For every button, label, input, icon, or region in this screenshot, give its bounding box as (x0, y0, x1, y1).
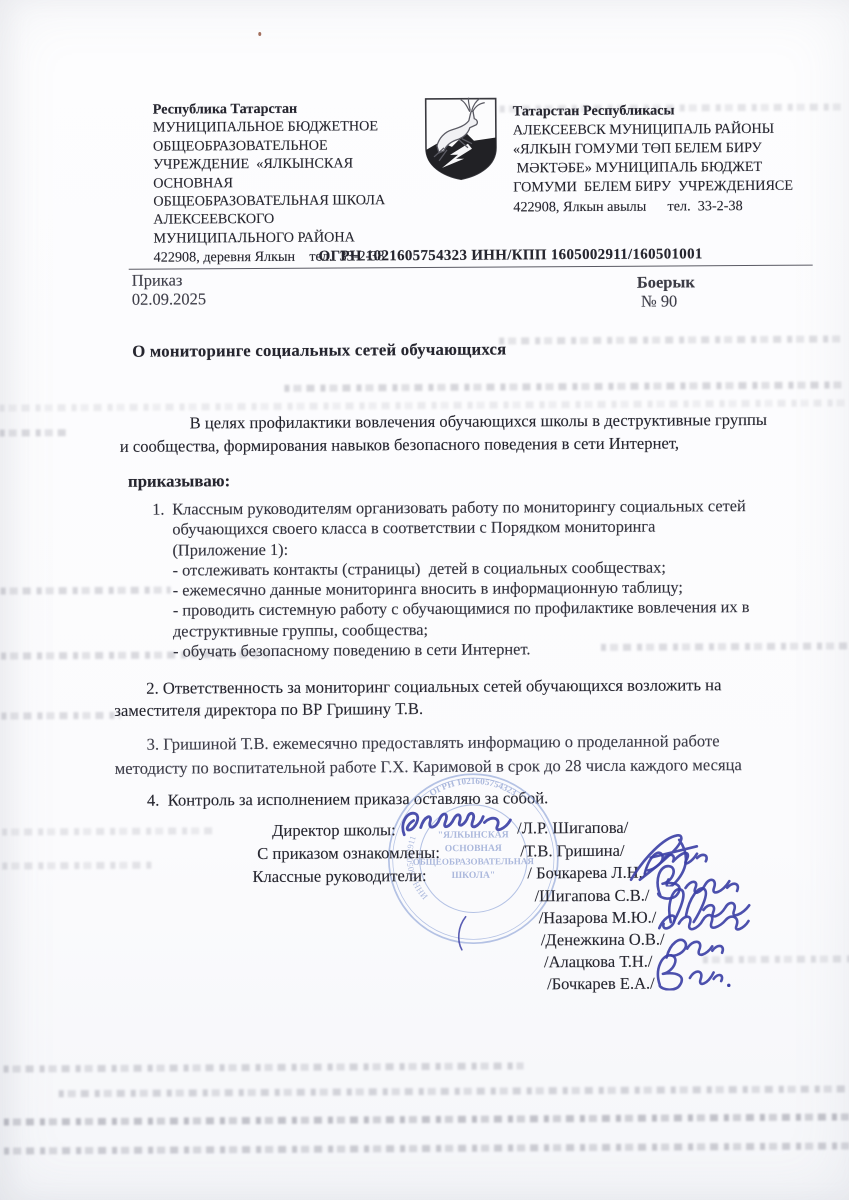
teacher-name: /Шигапова С.В./ (534, 886, 649, 907)
bleedthrough-streak (1, 587, 171, 595)
org-name-tat: АЛЕКСЕЕВСК МУНИЦИПАЛЬ РАЙОНЫ «ЯЛКЫН ГОМУ… (513, 120, 818, 198)
item-1-text: Классным руководителям организовать рабо… (172, 496, 821, 662)
org-address-tat: 422908, Ялкын авылы тел. 33-2-38 (513, 197, 818, 218)
item-2-text: 2. Ответственность за мониторинг социаль… (114, 674, 794, 722)
stamp-center-line2: ОСНОВНАЯ (445, 843, 502, 854)
order-type-tatar: Боерык (637, 272, 695, 292)
bleedthrough-streak (4, 1062, 524, 1072)
signature-director (397, 805, 515, 842)
org-name-ru: МУНИЦИПАЛЬНОЕ БЮДЖЕТНОЕ ОБЩЕОБРАЗОВАТЕЛЬ… (153, 117, 432, 248)
svg-text:ОГРН 1021605754323: ОГРН 1021605754323 (428, 776, 519, 799)
acknowledged-label: С приказом ознакомлены: (257, 843, 440, 864)
signature-bochkarev (651, 948, 733, 991)
class-teachers-label: Классные руководители: (252, 866, 426, 887)
order-number: № 90 (641, 291, 677, 311)
bleedthrough-streak (4, 1142, 849, 1154)
org-country-tat: Татарстан Республикасы (513, 101, 818, 122)
order-date: 02.09.2025 (132, 289, 206, 309)
bleedthrough-streak (59, 1085, 849, 1097)
registration-numbers: ОГРН 1021605754323 ИНН/КПП 1605002911/16… (129, 246, 813, 270)
ink-speck (258, 32, 261, 36)
org-block-russian: Республика Татарстан МУНИЦИПАЛЬНОЕ БЮДЖЕ… (153, 99, 432, 267)
bleedthrough-streak (1, 712, 121, 720)
stamp-ring-ogrn: ОГРН 1021605754323 (428, 776, 519, 799)
director-name: /Л.Р. Шигапова/ (517, 818, 628, 839)
teacher-name: /Денежкина О.В./ (541, 930, 665, 951)
scan-content: Республика Татарстан МУНИЦИПАЛЬНОЕ БЮДЖЕ… (0, 0, 849, 1200)
director-label: Директор школы: (272, 820, 396, 841)
teacher-name: /Алацкова Т.Н./ (544, 952, 653, 973)
order-title: О мониторинге социальных сетей обучающих… (132, 339, 506, 361)
item-1-number: 1. (152, 500, 164, 520)
teacher-name: /Бочкарев Е.А./ (547, 974, 655, 995)
order-type-ru: Приказ (132, 270, 183, 290)
stray-pen-mark (455, 915, 469, 953)
stamp-center-line4: ШКОЛА" (452, 870, 496, 881)
order-verb: приказываю: (128, 471, 230, 492)
bleedthrough-streak (284, 381, 844, 391)
acknowledged-name: /Т.В. Гришина/ (520, 841, 624, 862)
preamble-paragraph: В целях профилактики вовлечения обучающи… (120, 409, 826, 458)
bleedthrough-streak (2, 827, 212, 835)
org-block-tatar: Татарстан Республикасы АЛЕКСЕЕВСК МУНИЦИ… (513, 101, 819, 218)
bleedthrough-streak (2, 862, 152, 870)
bleedthrough-streak (0, 429, 70, 436)
bleedthrough-streak (499, 335, 844, 344)
teacher-name: /Назарова М.Ю./ (539, 908, 657, 929)
school-coat-of-arms-deer-emblem (422, 96, 501, 182)
bleedthrough-streak (4, 1113, 849, 1125)
org-country-ru: Республика Татарстан (153, 99, 431, 119)
scanned-document-page: Республика Татарстан МУНИЦИПАЛЬНОЕ БЮДЖЕ… (0, 0, 849, 1200)
